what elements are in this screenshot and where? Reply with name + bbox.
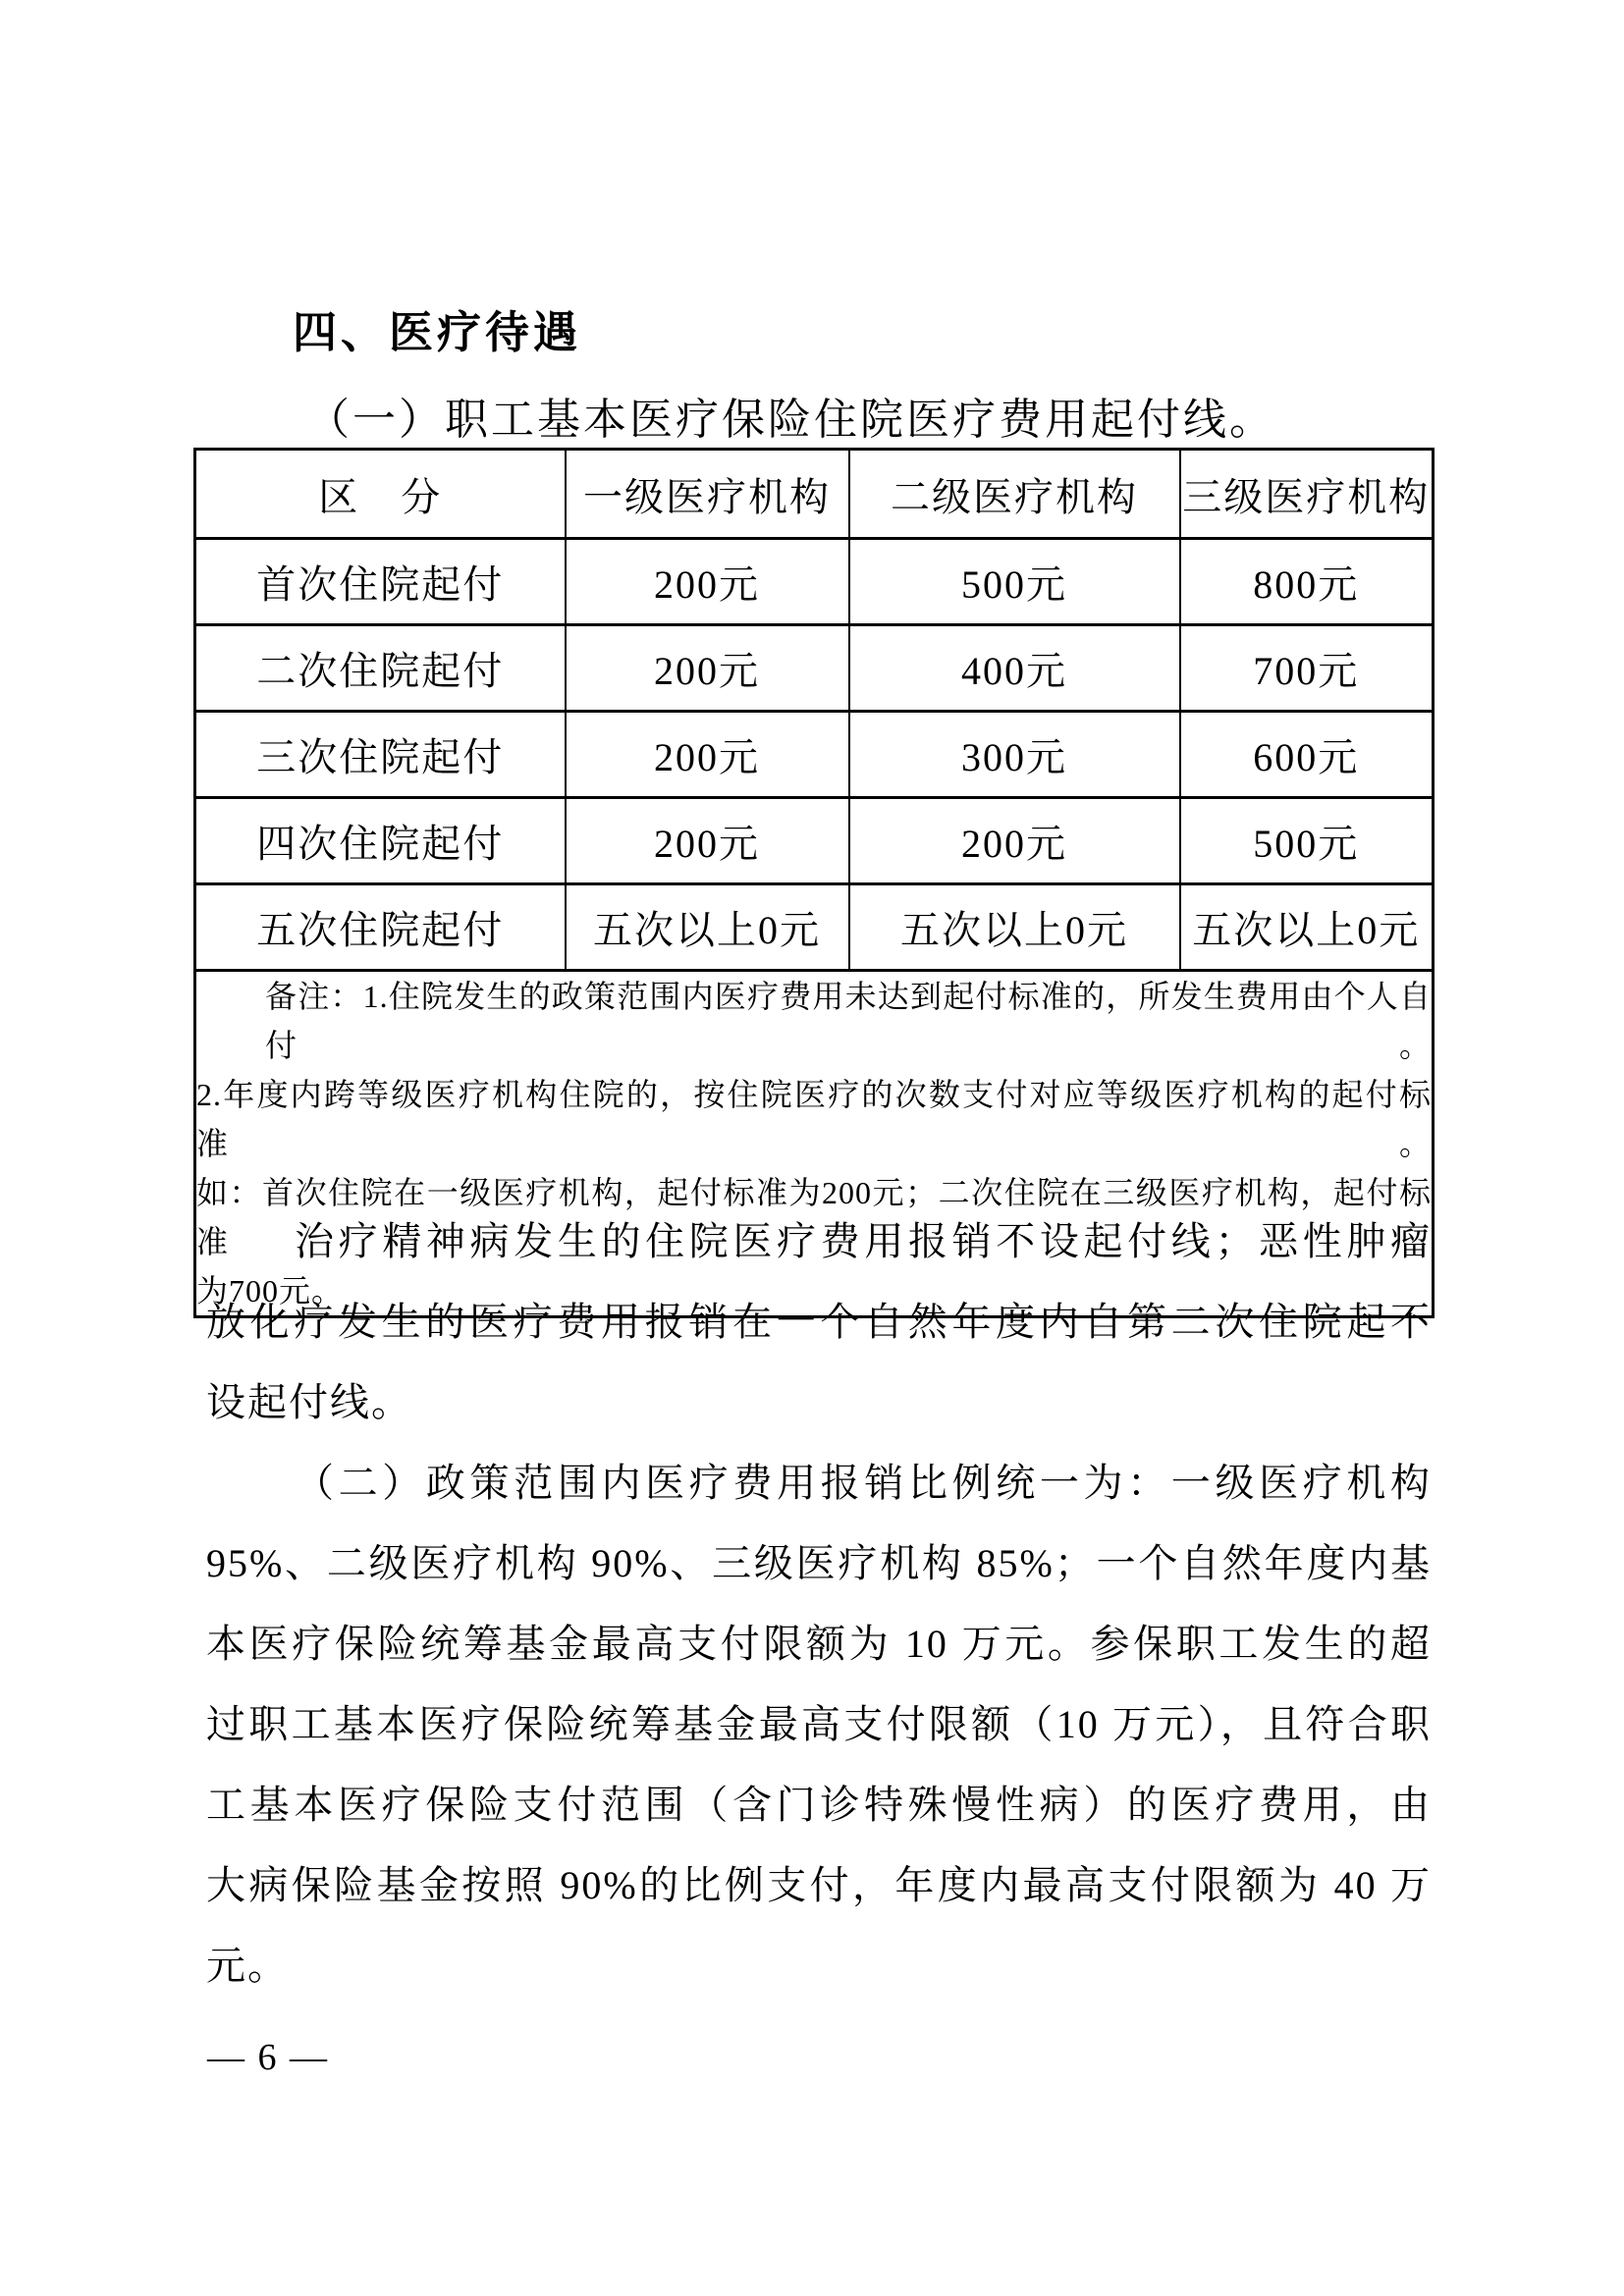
body-line: （二）政策范围内医疗费用报销比例统一为：一级医疗机构 <box>206 1443 1432 1523</box>
body-line: 设起付线。 <box>206 1362 1432 1443</box>
table-cell: 五次以上0元 <box>1180 884 1434 971</box>
header-cell-category: 区 分 <box>195 450 566 539</box>
body-line: 工基本医疗保险支付范围（含门诊特殊慢性病）的医疗费用，由 <box>206 1765 1432 1845</box>
header-cell-tier2: 二级医疗机构 <box>849 450 1180 539</box>
table-cell: 500元 <box>849 539 1180 625</box>
body-text: 治疗精神病发生的住院医疗费用报销不设起付线；恶性肿瘤 放化疗发生的医疗费用报销在… <box>206 1201 1432 2006</box>
table-cell: 400元 <box>849 625 1180 712</box>
table-row: 首次住院起付 200元 500元 800元 <box>195 539 1434 625</box>
section-heading: 四、医疗待遇 <box>293 308 581 357</box>
body-line: 过职工基本医疗保险统筹基金最高支付限额（10 万元），且符合职 <box>206 1684 1432 1765</box>
table-cell: 200元 <box>566 712 849 798</box>
note-line: 备注：1.住院发生的政策范围内医疗费用未达到起付标准的，所发生费用由个人自付。 <box>196 972 1432 1070</box>
subsection-heading: （一）职工基本医疗保险住院医疗费用起付线。 <box>306 395 1275 446</box>
table-row: 四次住院起付 200元 200元 500元 <box>195 798 1434 884</box>
row-label: 二次住院起付 <box>195 625 566 712</box>
page-number: — 6 — <box>207 2034 329 2081</box>
table-row: 五次住院起付 五次以上0元 五次以上0元 五次以上0元 <box>195 884 1434 971</box>
header-cell-tier1: 一级医疗机构 <box>566 450 849 539</box>
row-label: 五次住院起付 <box>195 884 566 971</box>
body-line: 元。 <box>206 1926 1432 2006</box>
table-cell: 五次以上0元 <box>849 884 1180 971</box>
table-cell: 700元 <box>1180 625 1434 712</box>
table-cell: 五次以上0元 <box>566 884 849 971</box>
table-cell: 500元 <box>1180 798 1434 884</box>
table-header-row: 区 分 一级医疗机构 二级医疗机构 三级医疗机构 <box>195 450 1434 539</box>
body-line: 大病保险基金按照 90%的比例支付，年度内最高支付限额为 40 万 <box>206 1845 1432 1926</box>
body-line: 放化疗发生的医疗费用报销在一个自然年度内自第二次住院起不 <box>206 1282 1432 1362</box>
table-cell: 200元 <box>566 625 849 712</box>
table-cell: 200元 <box>566 539 849 625</box>
row-label: 四次住院起付 <box>195 798 566 884</box>
body-line: 本医疗保险统筹基金最高支付限额为 10 万元。参保职工发生的超 <box>206 1604 1432 1684</box>
table-cell: 800元 <box>1180 539 1434 625</box>
table-cell: 200元 <box>849 798 1180 884</box>
table-row: 三次住院起付 200元 300元 600元 <box>195 712 1434 798</box>
header-cell-tier3: 三级医疗机构 <box>1180 450 1434 539</box>
body-line: 95%、二级医疗机构 90%、三级医疗机构 85%；一个自然年度内基 <box>206 1523 1432 1604</box>
table-cell: 200元 <box>566 798 849 884</box>
table-row: 二次住院起付 200元 400元 700元 <box>195 625 1434 712</box>
row-label: 首次住院起付 <box>195 539 566 625</box>
table-cell: 300元 <box>849 712 1180 798</box>
table-cell: 600元 <box>1180 712 1434 798</box>
document-page: 四、医疗待遇 （一）职工基本医疗保险住院医疗费用起付线。 区 分 一级医疗机构 … <box>0 0 1624 2296</box>
body-line: 治疗精神病发生的住院医疗费用报销不设起付线；恶性肿瘤 <box>206 1201 1432 1282</box>
note-line: 2.年度内跨等级医疗机构住院的，按住院医疗的次数支付对应等级医疗机构的起付标准。 <box>196 1070 1432 1168</box>
deductible-table: 区 分 一级医疗机构 二级医疗机构 三级医疗机构 首次住院起付 200元 500… <box>193 448 1435 1318</box>
row-label: 三次住院起付 <box>195 712 566 798</box>
